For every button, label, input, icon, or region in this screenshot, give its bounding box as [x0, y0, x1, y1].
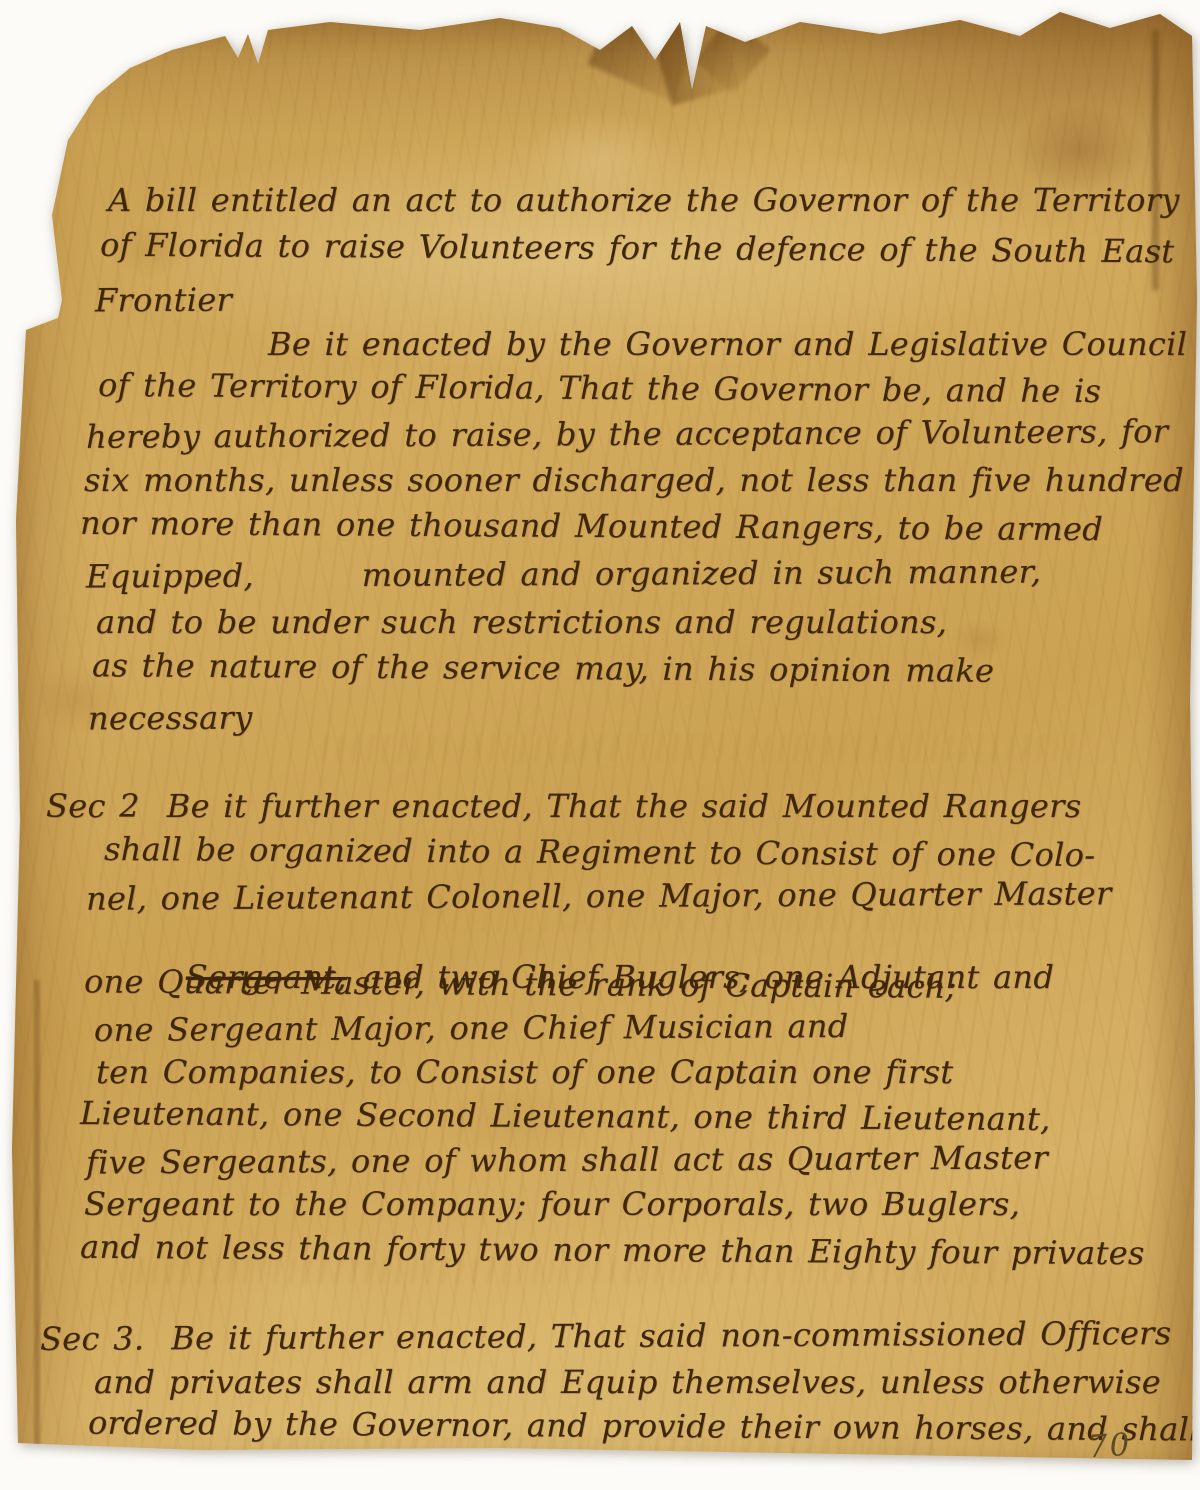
- manuscript-line: and privates shall arm and Equip themsel…: [94, 1364, 1161, 1401]
- manuscript-line: of Florida to raise Volunteers for the d…: [100, 227, 1175, 270]
- fold-crease: [34, 980, 40, 1450]
- manuscript-page: A bill entitled an act to authorize the …: [0, 0, 1200, 1490]
- manuscript-line: nor more than one thousand Mounted Range…: [80, 505, 1103, 548]
- torn-edge-crease: [587, 0, 700, 102]
- manuscript-line: Equipped, mounted and organized in such …: [86, 553, 1041, 595]
- manuscript-line: one Quarter Master, with the rank of Cap…: [84, 963, 957, 1005]
- manuscript-line: Frontier: [95, 282, 232, 320]
- torn-edge-crease: [647, 0, 740, 106]
- ink-bleedthrough: [320, 735, 1080, 761]
- page-number: 70: [1087, 1427, 1133, 1466]
- manuscript-line: Sec 3. Be it further enacted, That said …: [40, 1315, 1172, 1358]
- manuscript-line: six months, unless sooner discharged, no…: [84, 462, 1184, 499]
- manuscript-line: necessary: [88, 700, 253, 738]
- manuscript-line: as the nature of the service may, in his…: [92, 647, 994, 689]
- manuscript-line: ten Companies, to Consist of one Captain…: [96, 1054, 953, 1091]
- manuscript-line: Lieutenant, one Second Lieutenant, one t…: [80, 1095, 1051, 1138]
- torn-edge-crease: [693, 16, 770, 94]
- manuscript-line: five Sergeants, one of whom shall act as…: [86, 1139, 1048, 1181]
- manuscript-line: hereby authorized to raise, by the accep…: [86, 413, 1169, 455]
- manuscript-line: Sec 2 Be it further enacted, That the sa…: [46, 788, 1081, 825]
- manuscript-line: nel, one Lieutenant Colonell, one Major,…: [86, 875, 1112, 917]
- manuscript-line: Sergeant to the Company; four Corporals,…: [84, 1186, 1020, 1223]
- manuscript-line: shall be organized into a Regiment to Co…: [104, 831, 1096, 874]
- manuscript-line: of the Territory of Florida, That the Go…: [98, 367, 1101, 410]
- manuscript-line: A bill entitled an act to authorize the …: [108, 182, 1180, 219]
- manuscript-line: one Sergeant Major, one Chief Musician a…: [94, 1008, 849, 1049]
- manuscript-page-wrap: A bill entitled an act to authorize the …: [0, 0, 1200, 1490]
- manuscript-line: Be it enacted by the Governor and Legisl…: [268, 326, 1187, 363]
- manuscript-line: and to be under such restrictions and re…: [96, 604, 947, 641]
- manuscript-line: and not less than forty two nor more tha…: [80, 1229, 1145, 1272]
- manuscript-line: ordered by the Governor, and provide the…: [88, 1405, 1200, 1449]
- scan-background: A bill entitled an act to authorize the …: [0, 0, 1200, 1490]
